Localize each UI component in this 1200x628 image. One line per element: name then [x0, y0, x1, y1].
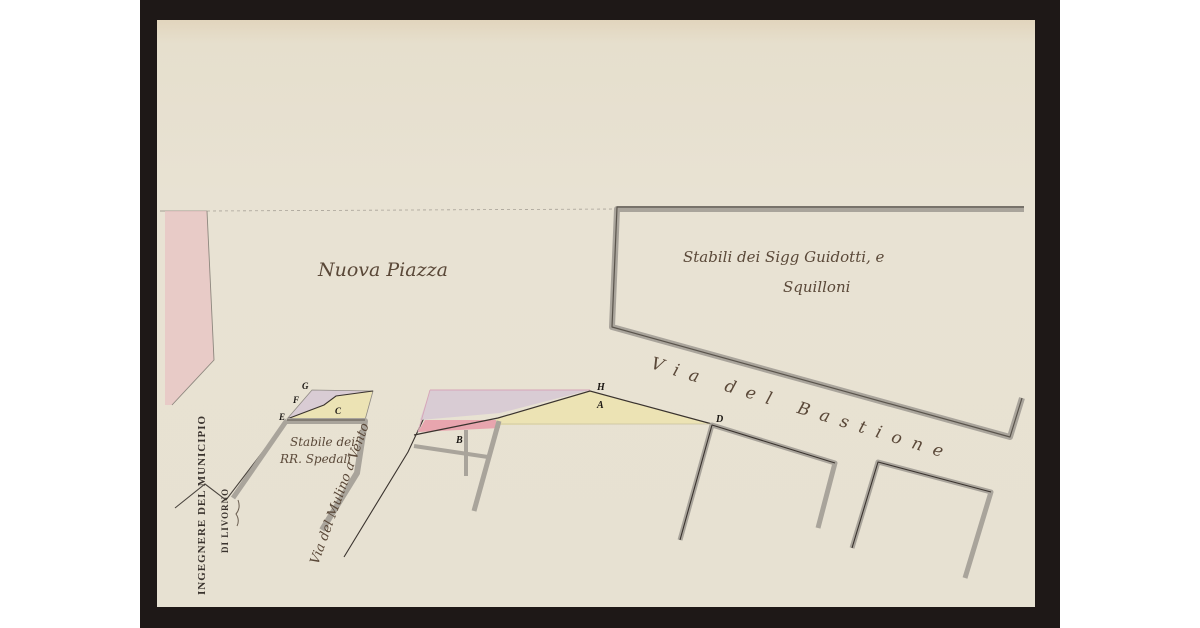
dotted-survey-line [207, 209, 617, 211]
label-spedali-line2: RR. Spedali [279, 452, 351, 466]
point-label-c: C [335, 406, 342, 416]
label-nuova-piazza: Nuova Piazza [317, 259, 448, 281]
point-label-e: E [278, 412, 285, 422]
label-spedali-line1: Stabile dei [290, 435, 355, 449]
point-label-d: D [715, 414, 723, 425]
label-stabili-line2: Squilloni [783, 278, 851, 296]
guidotti-block [612, 207, 1024, 437]
label-stabili-line1: Stabili dei Sigg Guidotti, e [683, 248, 885, 266]
pink-parcel [165, 211, 214, 405]
point-label-a: A [596, 400, 604, 411]
block-right [852, 462, 991, 578]
street-edge-left [175, 420, 287, 508]
block-d [680, 425, 835, 540]
point-label-g: G [302, 381, 309, 391]
stamp-line1: INGEGNERE DEL MUNICIPIO [196, 415, 208, 595]
point-label-f: F [292, 395, 299, 405]
stamp-flourish [236, 500, 239, 526]
point-label-b: B [455, 435, 463, 446]
plan-drawing: Nuova Piazza Stabili dei Sigg Guidotti, … [0, 0, 1200, 628]
parcel-efgc [287, 390, 373, 420]
stamp-line2: DI LIVORNO [220, 488, 230, 553]
parcel-had [414, 390, 712, 435]
point-label-h: H [596, 382, 606, 393]
